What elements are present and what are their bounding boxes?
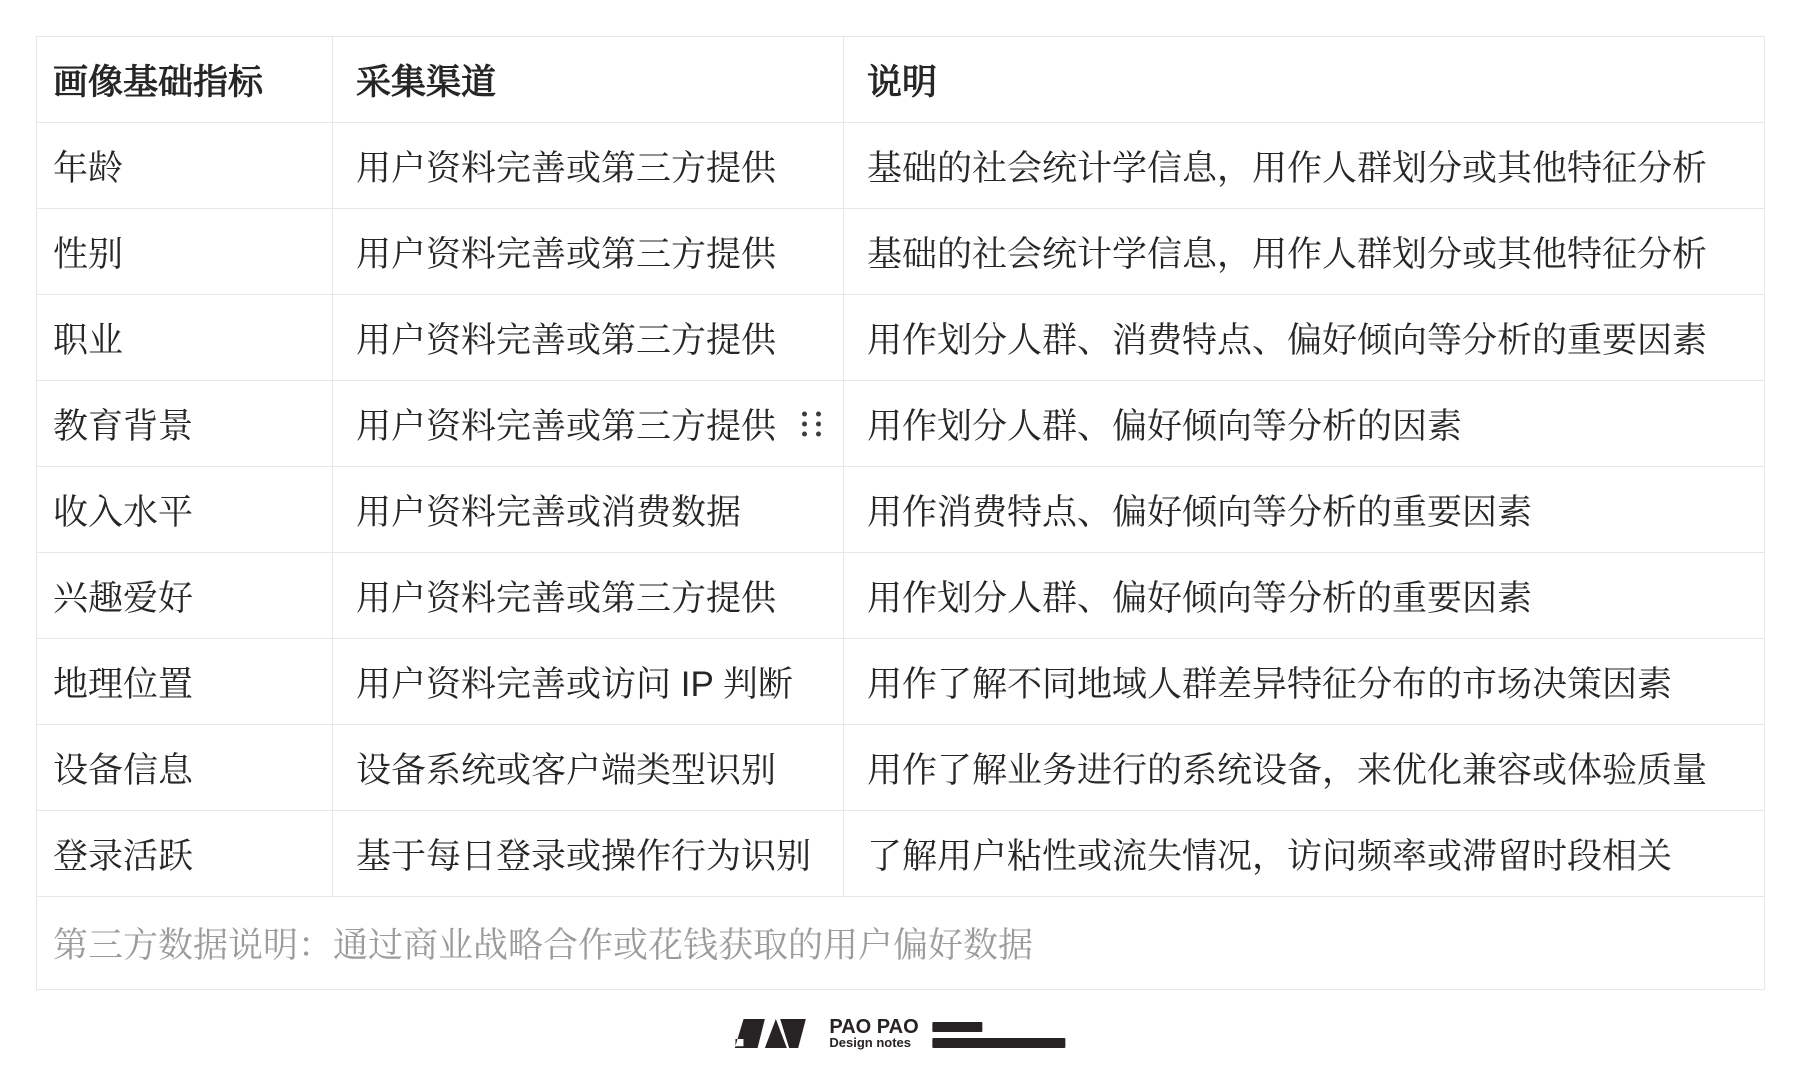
column-header-channel: 采集渠道 xyxy=(333,37,844,123)
cell-indicator: 性别 xyxy=(37,209,333,295)
column-header-description: 说明 xyxy=(844,37,1765,123)
profile-indicators-table: 画像基础指标 采集渠道 说明 年龄用户资料完善或第三方提供基础的社会统计学信息，… xyxy=(36,36,1765,990)
cell-channel: 用户资料完善或第三方提供 xyxy=(333,553,844,639)
channel-text: 用户资料完善或第三方提供 xyxy=(356,407,776,446)
cell-description: 基础的社会统计学信息，用作人群划分或其他特征分析 xyxy=(844,209,1765,295)
paopao-logo: PAO PAO Design notes xyxy=(734,1019,1065,1048)
brand-name: PAO PAO xyxy=(829,1019,918,1035)
logo-bar-short xyxy=(933,1022,983,1032)
cell-description: 了解用户粘性或流失情况，访问频率或滞留时段相关 xyxy=(844,811,1765,897)
table-header-row: 画像基础指标 采集渠道 说明 xyxy=(37,37,1765,123)
table-row: 收入水平用户资料完善或消费数据用作消费特点、偏好倾向等分析的重要因素 xyxy=(37,467,1765,553)
cell-channel: 用户资料完善或第三方提供 xyxy=(333,381,844,467)
table-footnote: 第三方数据说明：通过商业战略合作或花钱获取的用户偏好数据 xyxy=(37,897,1765,990)
cell-description: 用作划分人群、偏好倾向等分析的因素 xyxy=(844,381,1765,467)
paopao-logo-mark-icon xyxy=(734,1019,806,1048)
logo-bars xyxy=(933,1019,1066,1048)
cell-indicator: 年龄 xyxy=(37,123,333,209)
cell-channel: 设备系统或客户端类型识别 xyxy=(333,725,844,811)
channel-text: 基于每日登录或操作行为识别 xyxy=(356,837,811,876)
cell-description: 用作了解业务进行的系统设备，来优化兼容或体验质量 xyxy=(844,725,1765,811)
cell-description: 用作了解不同地域人群差异特征分布的市场决策因素 xyxy=(844,639,1765,725)
column-header-indicator: 画像基础指标 xyxy=(37,37,333,123)
cell-description: 用作划分人群、消费特点、偏好倾向等分析的重要因素 xyxy=(844,295,1765,381)
logo-bar-long xyxy=(933,1038,1066,1048)
table-row: 年龄用户资料完善或第三方提供基础的社会统计学信息，用作人群划分或其他特征分析 xyxy=(37,123,1765,209)
cell-description: 基础的社会统计学信息，用作人群划分或其他特征分析 xyxy=(844,123,1765,209)
drag-handle-icon[interactable] xyxy=(802,411,821,436)
cell-channel: 用户资料完善或第三方提供 xyxy=(333,123,844,209)
table-row: 地理位置用户资料完善或访问 IP 判断用作了解不同地域人群差异特征分布的市场决策… xyxy=(37,639,1765,725)
logo-text: PAO PAO Design notes xyxy=(829,1019,918,1048)
table-row: 教育背景用户资料完善或第三方提供用作划分人群、偏好倾向等分析的因素 xyxy=(37,381,1765,467)
cell-indicator: 职业 xyxy=(37,295,333,381)
cell-indicator: 登录活跃 xyxy=(37,811,333,897)
cell-indicator: 设备信息 xyxy=(37,725,333,811)
footnote-row: 第三方数据说明：通过商业战略合作或花钱获取的用户偏好数据 xyxy=(37,897,1765,990)
cell-channel: 用户资料完善或消费数据 xyxy=(333,467,844,553)
cell-description: 用作消费特点、偏好倾向等分析的重要因素 xyxy=(844,467,1765,553)
cell-channel: 用户资料完善或第三方提供 xyxy=(333,295,844,381)
table-row: 登录活跃基于每日登录或操作行为识别了解用户粘性或流失情况，访问频率或滞留时段相关 xyxy=(37,811,1765,897)
cell-channel: 用户资料完善或访问 IP 判断 xyxy=(333,639,844,725)
channel-text: 用户资料完善或消费数据 xyxy=(356,493,741,532)
cell-description: 用作划分人群、偏好倾向等分析的重要因素 xyxy=(844,553,1765,639)
channel-text: 用户资料完善或访问 IP 判断 xyxy=(356,665,793,704)
cell-channel: 用户资料完善或第三方提供 xyxy=(333,209,844,295)
cell-indicator: 地理位置 xyxy=(37,639,333,725)
channel-text: 用户资料完善或第三方提供 xyxy=(356,579,776,618)
table-row: 性别用户资料完善或第三方提供基础的社会统计学信息，用作人群划分或其他特征分析 xyxy=(37,209,1765,295)
table-row: 设备信息设备系统或客户端类型识别用作了解业务进行的系统设备，来优化兼容或体验质量 xyxy=(37,725,1765,811)
brand-subtitle: Design notes xyxy=(829,1037,918,1048)
cell-indicator: 教育背景 xyxy=(37,381,333,467)
cell-indicator: 收入水平 xyxy=(37,467,333,553)
channel-text: 设备系统或客户端类型识别 xyxy=(356,751,776,790)
channel-text: 用户资料完善或第三方提供 xyxy=(356,321,776,360)
table-row: 兴趣爱好用户资料完善或第三方提供用作划分人群、偏好倾向等分析的重要因素 xyxy=(37,553,1765,639)
cell-indicator: 兴趣爱好 xyxy=(37,553,333,639)
cell-channel: 基于每日登录或操作行为识别 xyxy=(333,811,844,897)
channel-text: 用户资料完善或第三方提供 xyxy=(356,235,776,274)
channel-text: 用户资料完善或第三方提供 xyxy=(356,149,776,188)
table-row: 职业用户资料完善或第三方提供用作划分人群、消费特点、偏好倾向等分析的重要因素 xyxy=(37,295,1765,381)
